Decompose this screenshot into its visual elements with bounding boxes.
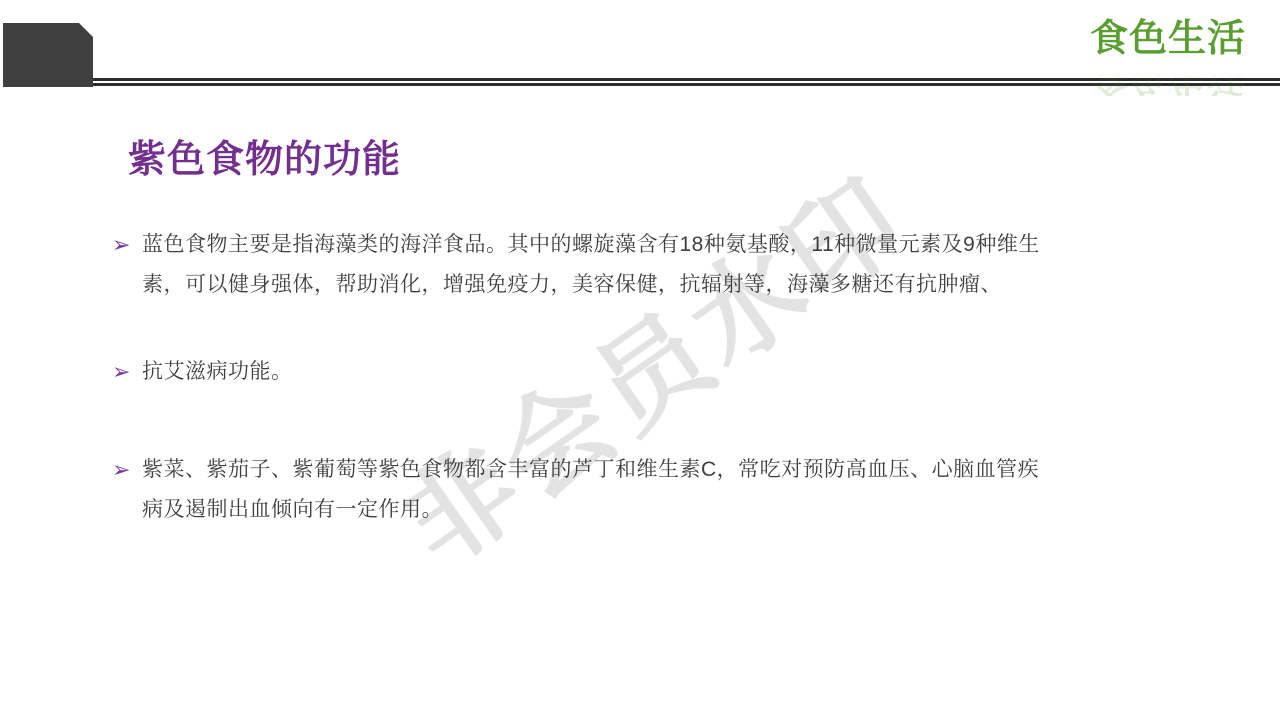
corner-block-decoration (3, 23, 93, 87)
bullet-arrow-icon: ➢ (112, 352, 142, 392)
bullet-arrow-icon: ➢ (112, 450, 142, 490)
bullet-text: 蓝色食物主要是指海藻类的海洋食品。其中的螺旋藻含有18种氨基酸，11种微量元素及… (142, 225, 1052, 305)
logo-reflection: 食色生活 (1090, 56, 1246, 96)
bullet-item-2: ➢ 抗艾滋病功能。 (112, 352, 1052, 392)
bullet-text: 抗艾滋病功能。 (142, 352, 1052, 392)
bullet-text: 紫菜、紫茄子、紫葡萄等紫色食物都含丰富的芦丁和维生素C，常吃对预防高血压、心脑血… (142, 450, 1052, 530)
slide: 非会员水印 食色生活 食色生活 紫色食物的功能 ➢ 蓝色食物主要是指海藻类的海洋… (0, 0, 1280, 720)
bullet-item-3: ➢ 紫菜、紫茄子、紫葡萄等紫色食物都含丰富的芦丁和维生素C，常吃对预防高血压、心… (112, 450, 1052, 530)
logo: 食色生活 食色生活 (1090, 20, 1246, 96)
bullet-arrow-icon: ➢ (112, 225, 142, 265)
page-title: 紫色食物的功能 (128, 128, 401, 183)
logo-text: 食色生活 (1090, 20, 1246, 60)
bullet-item-1: ➢ 蓝色食物主要是指海藻类的海洋食品。其中的螺旋藻含有18种氨基酸，11种微量元… (112, 225, 1052, 305)
